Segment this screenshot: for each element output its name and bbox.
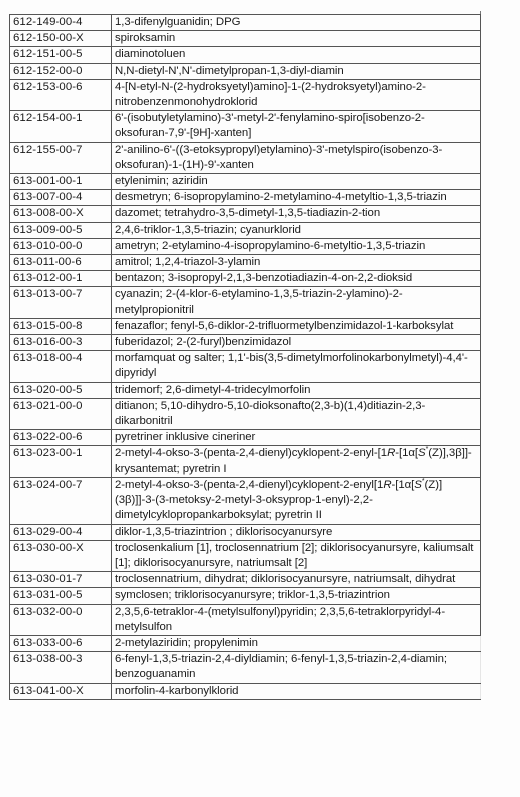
index-number-cell: 613-008-00-X: [10, 206, 112, 222]
table-row: 613-022-00-6pyretriner inklusive cinerin…: [10, 430, 481, 446]
chemical-name-cell: 1,3-difenylguanidin; DPG: [112, 15, 481, 31]
table-row: 612-152-00-0N,N-dietyl-N',N'-dimetylprop…: [10, 63, 481, 79]
chemical-name-cell: 2,3,5,6-tetraklor-4-(metylsulfonyl)pyrid…: [112, 604, 481, 635]
table-row: 613-018-00-4morfamquat og salter; 1,1'-b…: [10, 351, 481, 382]
index-number-cell: 612-153-00-6: [10, 79, 112, 110]
index-number-cell: 613-031-00-5: [10, 588, 112, 604]
table-row: 613-024-00-72-metyl-4-okso-3-(penta-2,4-…: [10, 477, 481, 524]
chemical-name-cell: fenazaflor; fenyl-5,6-diklor-2-trifluorm…: [112, 318, 481, 334]
index-number-cell: 612-151-00-5: [10, 47, 112, 63]
index-number-cell: 613-001-00-1: [10, 174, 112, 190]
table-row: 613-041-00-Xmorfolin-4-karbonylklorid: [10, 683, 481, 699]
chemical-name-cell: 6'-(isobutyletylamino)-3'-metyl-2'-fenyl…: [112, 111, 481, 142]
table-row: 613-008-00-Xdazomet; tetrahydro-3,5-dime…: [10, 206, 481, 222]
table-row: 613-032-00-02,3,5,6-tetraklor-4-(metylsu…: [10, 604, 481, 635]
chemical-name-cell: amitrol; 1,2,4-triazol-3-ylamin: [112, 255, 481, 271]
table-row: 612-150-00-Xspiroksamin: [10, 31, 481, 47]
chemical-name-cell: pyretriner inklusive cineriner: [112, 430, 481, 446]
chemical-name-cell: 2-metyl-4-okso-3-(penta-2,4-dienyl)cyklo…: [112, 477, 481, 524]
index-number-cell: 612-150-00-X: [10, 31, 112, 47]
table-row: 612-151-00-5diaminotoluen: [10, 47, 481, 63]
index-number-cell: 613-023-00-1: [10, 446, 112, 477]
index-number-cell: 613-029-00-4: [10, 524, 112, 540]
chemical-name-cell: diaminotoluen: [112, 47, 481, 63]
table-body: 612-149-00-41,3-difenylguanidin; DPG612-…: [10, 15, 481, 700]
index-number-cell: 613-024-00-7: [10, 477, 112, 524]
table-row: 612-155-00-72'-anilino-6'-((3-etoksyprop…: [10, 142, 481, 173]
table-row: 613-021-00-0ditianon; 5,10-dihydro-5,10-…: [10, 398, 481, 429]
table-row: 613-007-00-4desmetryn; 6-isopropylamino-…: [10, 190, 481, 206]
index-number-cell: 613-030-01-7: [10, 572, 112, 588]
index-number-cell: 613-012-00-1: [10, 271, 112, 287]
index-number-cell: 613-016-00-3: [10, 335, 112, 351]
chemical-name-cell: spiroksamin: [112, 31, 481, 47]
index-number-cell: 613-032-00-0: [10, 604, 112, 635]
table-row: 612-154-00-16'-(isobutyletylamino)-3'-me…: [10, 111, 481, 142]
index-number-cell: 612-152-00-0: [10, 63, 112, 79]
index-number-cell: 613-015-00-8: [10, 318, 112, 334]
table-row: 613-033-00-62-metylaziridin; propylenimi…: [10, 635, 481, 651]
table-row: 613-030-01-7troclosennatrium, dihydrat; …: [10, 572, 481, 588]
index-number-cell: 613-021-00-0: [10, 398, 112, 429]
table-row: 613-001-00-1etylenimin; aziridin: [10, 174, 481, 190]
chemical-name-cell: bentazon; 3-isopropyl-2,1,3-benzotiadiaz…: [112, 271, 481, 287]
chemical-name-cell: symclosen; triklorisocyanursyre; triklor…: [112, 588, 481, 604]
table-row: 613-013-00-7cyanazin; 2-(4-klor-6-etylam…: [10, 287, 481, 318]
chemical-name-cell: N,N-dietyl-N',N'-dimetylpropan-1,3-diyl-…: [112, 63, 481, 79]
index-number-cell: 613-011-00-6: [10, 255, 112, 271]
chemical-name-cell: ametryn; 2-etylamino-4-isopropylamino-6-…: [112, 238, 481, 254]
index-number-cell: 612-149-00-4: [10, 15, 112, 31]
table-row: 613-029-00-4diklor-1,3,5-triazintrion ; …: [10, 524, 481, 540]
chemical-name-cell: dazomet; tetrahydro-3,5-dimetyl-1,3,5-ti…: [112, 206, 481, 222]
chemical-name-cell: cyanazin; 2-(4-klor-6-etylamino-1,3,5-tr…: [112, 287, 481, 318]
table-row: 613-038-00-36-fenyl-1,3,5-triazin-2,4-di…: [10, 652, 481, 683]
index-number-cell: 613-018-00-4: [10, 351, 112, 382]
substance-index-table: 612-149-00-41,3-difenylguanidin; DPG612-…: [9, 14, 481, 700]
index-number-cell: 612-155-00-7: [10, 142, 112, 173]
chemical-name-cell: troclosenkalium [1], troclosennatrium [2…: [112, 540, 481, 571]
chemical-name-cell: etylenimin; aziridin: [112, 174, 481, 190]
table-row: 613-015-00-8fenazaflor; fenyl-5,6-diklor…: [10, 318, 481, 334]
chemical-name-cell: morfolin-4-karbonylklorid: [112, 683, 481, 699]
chemical-name-cell: 4-[N-etyl-N-(2-hydroksyetyl)amino]-1-(2-…: [112, 79, 481, 110]
chemical-name-cell: morfamquat og salter; 1,1'-bis(3,5-dimet…: [112, 351, 481, 382]
table-row: 613-016-00-3fuberidazol; 2-(2-furyl)benz…: [10, 335, 481, 351]
chemical-name-cell: 2-metyl-4-okso-3-(penta-2,4-dienyl)cyklo…: [112, 446, 481, 477]
index-number-cell: 613-009-00-5: [10, 222, 112, 238]
chemical-name-cell: desmetryn; 6-isopropylamino-2-metylamino…: [112, 190, 481, 206]
chemical-name-cell: tridemorf; 2,6-dimetyl-4-tridecylmorfoli…: [112, 382, 481, 398]
table-row: 613-020-00-5tridemorf; 2,6-dimetyl-4-tri…: [10, 382, 481, 398]
index-number-cell: 613-038-00-3: [10, 652, 112, 683]
chemical-name-cell: 2-metylaziridin; propylenimin: [112, 635, 481, 651]
index-number-cell: 613-022-00-6: [10, 430, 112, 446]
chemical-name-cell: 2'-anilino-6'-((3-etoksypropyl)etylamino…: [112, 142, 481, 173]
table-row: 613-030-00-Xtroclosenkalium [1], troclos…: [10, 540, 481, 571]
table-row: 613-012-00-1bentazon; 3-isopropyl-2,1,3-…: [10, 271, 481, 287]
table-row: 613-009-00-52,4,6-triklor-1,3,5-triazin;…: [10, 222, 481, 238]
chemical-name-cell: 2,4,6-triklor-1,3,5-triazin; cyanurklori…: [112, 222, 481, 238]
index-number-cell: 613-041-00-X: [10, 683, 112, 699]
table-row: 613-010-00-0ametryn; 2-etylamino-4-isopr…: [10, 238, 481, 254]
index-number-cell: 613-013-00-7: [10, 287, 112, 318]
index-number-cell: 613-007-00-4: [10, 190, 112, 206]
index-number-cell: 613-033-00-6: [10, 635, 112, 651]
table-row: 613-011-00-6amitrol; 1,2,4-triazol-3-yla…: [10, 255, 481, 271]
table-row: 612-149-00-41,3-difenylguanidin; DPG: [10, 15, 481, 31]
table-row: 613-031-00-5symclosen; triklorisocyanurs…: [10, 588, 481, 604]
index-number-cell: 612-154-00-1: [10, 111, 112, 142]
chemical-name-cell: ditianon; 5,10-dihydro-5,10-dioksonafto(…: [112, 398, 481, 429]
index-number-cell: 613-020-00-5: [10, 382, 112, 398]
document-page: 612-149-00-41,3-difenylguanidin; DPG612-…: [0, 0, 520, 797]
chemical-name-cell: 6-fenyl-1,3,5-triazin-2,4-diyldiamin; 6-…: [112, 652, 481, 683]
index-number-cell: 613-030-00-X: [10, 540, 112, 571]
chemical-name-cell: fuberidazol; 2-(2-furyl)benzimidazol: [112, 335, 481, 351]
chemical-name-cell: troclosennatrium, dihydrat; diklorisocya…: [112, 572, 481, 588]
table-row: 613-023-00-12-metyl-4-okso-3-(penta-2,4-…: [10, 446, 481, 477]
chemical-name-cell: diklor-1,3,5-triazintrion ; diklorisocya…: [112, 524, 481, 540]
index-number-cell: 613-010-00-0: [10, 238, 112, 254]
table-row: 612-153-00-64-[N-etyl-N-(2-hydroksyetyl)…: [10, 79, 481, 110]
